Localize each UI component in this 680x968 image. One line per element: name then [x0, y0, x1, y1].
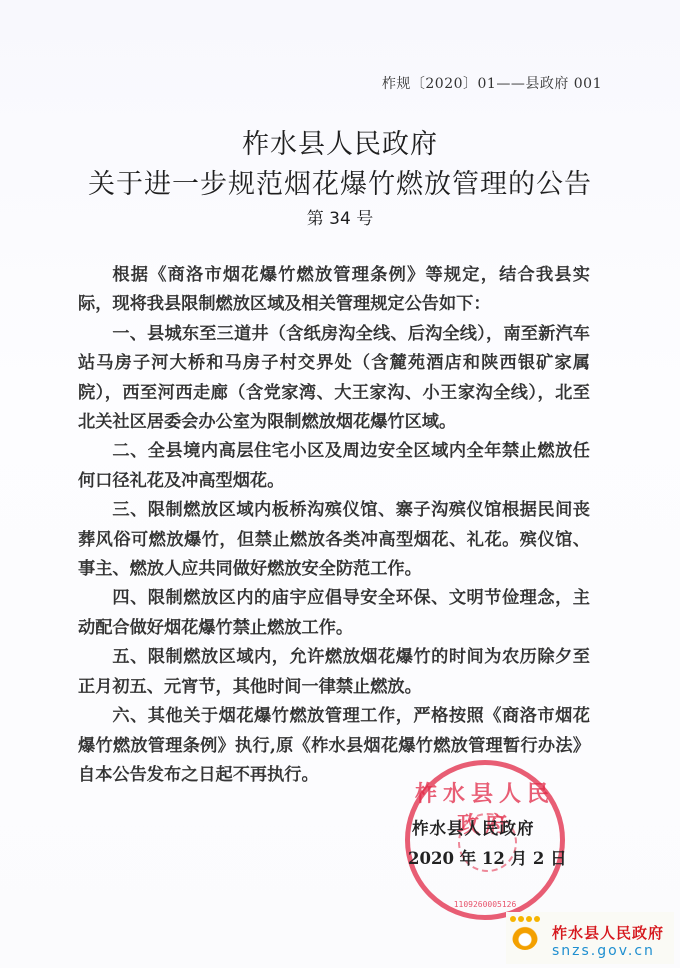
notice-body: 根据《商洛市烟花爆竹燃放管理条例》等规定，结合我县实际，现将我县限制燃放区域及相… — [78, 261, 590, 790]
site-watermark: 柞水县人民政府 snzs.gov.cn — [506, 912, 674, 964]
official-seal-icon: 柞水县人民政府 1109260005126 — [405, 760, 565, 920]
paragraph-3: 三、限制燃放区域内板桥沟殡仪馆、寨子沟殡仪馆根据民间丧葬风俗可燃放爆竹，但禁止燃… — [78, 496, 590, 584]
paragraph-5: 五、限制燃放区域内，允许燃放烟花爆竹的时间为农历除夕至正月初五、元宵节，其他时间… — [78, 643, 590, 702]
paragraph-1: 一、县城东至三道井（含纸房沟全线、后沟全线），南至新汽车站马房子河大桥和马房子村… — [78, 320, 590, 438]
watermark-name: 柞水县人民政府 — [552, 922, 664, 943]
notice-number: 第 34 号 — [0, 204, 680, 229]
logo-ring-icon — [512, 924, 538, 950]
watermark-url: snzs.gov.cn — [552, 943, 655, 959]
signer-name: 柞水县人民政府 — [412, 815, 535, 839]
paragraph-4: 四、限制燃放区内的庙宇应倡导安全环保、文明节俭理念，主动配合做好烟花爆竹禁止燃放… — [78, 584, 590, 643]
signature-date: 2020 年 12 月 2 日 — [408, 845, 567, 869]
notice-title: 关于进一步规范烟花爆竹燃放管理的公告 — [0, 162, 680, 201]
issuer-title: 柞水县人民政府 — [0, 122, 680, 161]
document-page: 柞规〔2020〕01——县政府 001 柞水县人民政府 关于进一步规范烟花爆竹燃… — [0, 0, 680, 968]
paragraph-2: 二、全县境内高层住宅小区及周边安全区域内全年禁止燃放任何口径礼花及冲高型烟花。 — [78, 437, 590, 496]
paragraph-intro: 根据《商洛市烟花爆竹燃放管理条例》等规定，结合我县实际，现将我县限制燃放区域及相… — [78, 261, 590, 320]
document-number: 柞规〔2020〕01——县政府 001 — [382, 73, 602, 93]
seal-code: 1109260005126 — [410, 900, 560, 909]
